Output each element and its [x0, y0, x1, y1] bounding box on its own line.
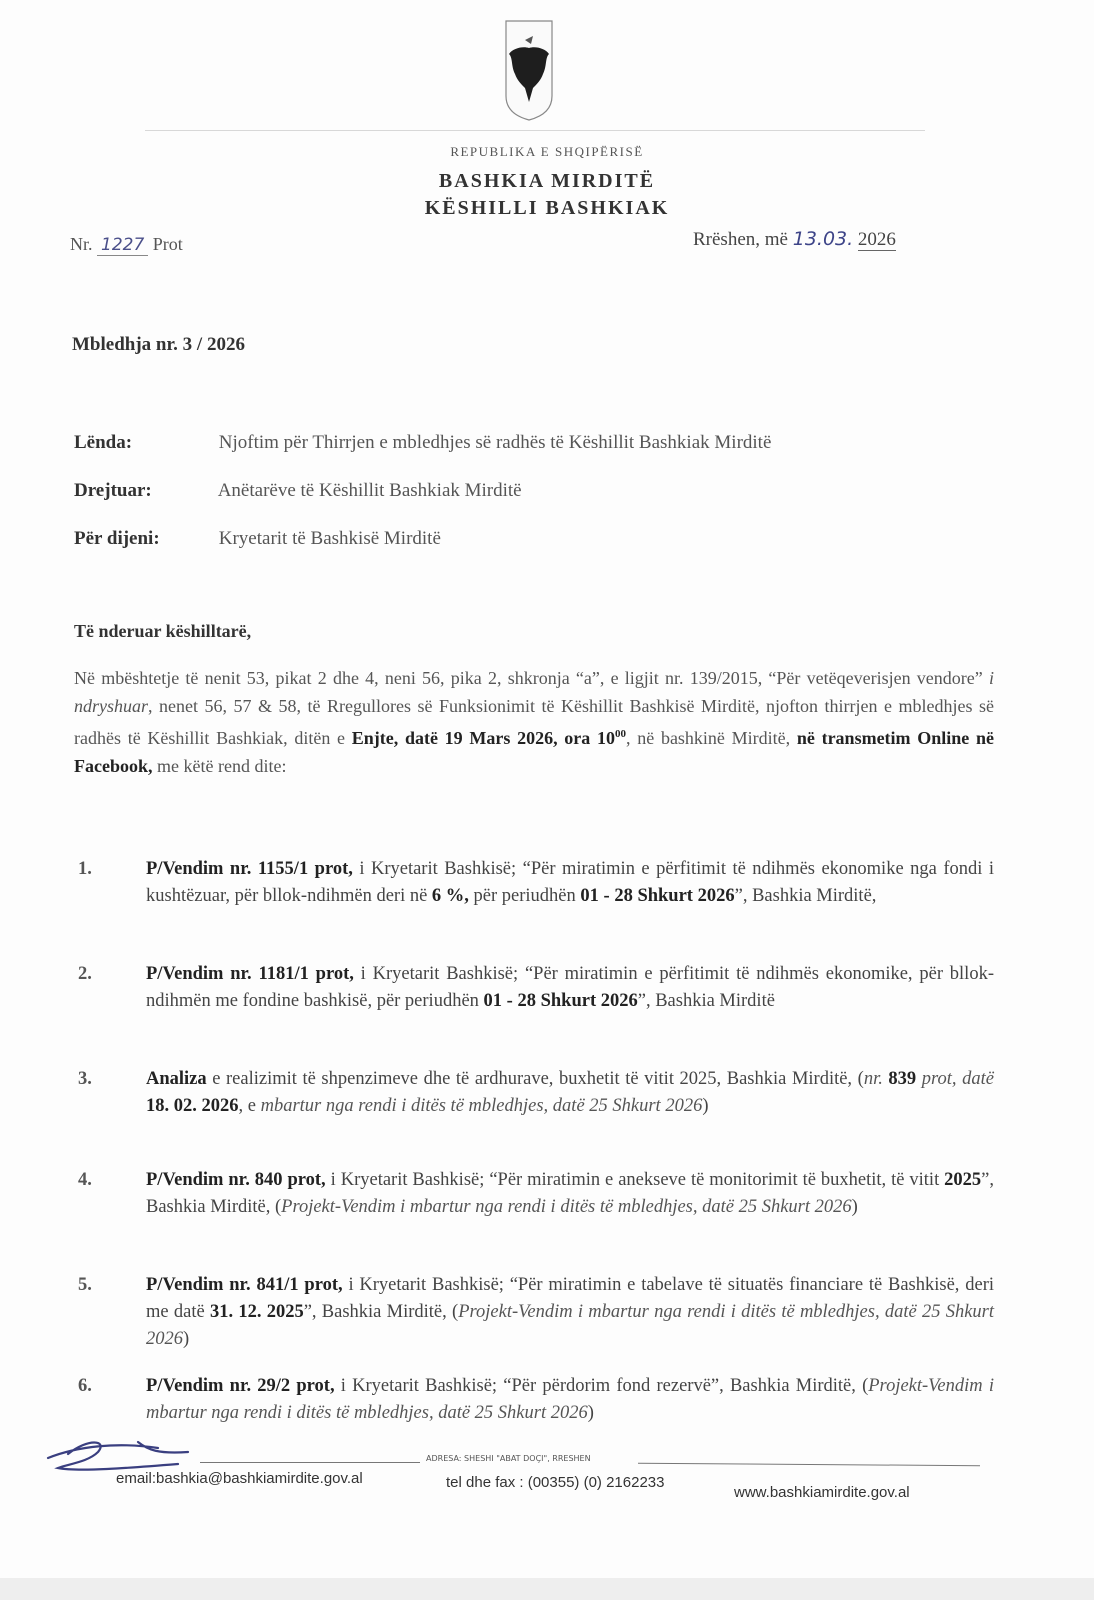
- meeting-datetime: Enjte, datë 19 Mars 2026, ora 10: [352, 728, 615, 748]
- cc-row: Për dijeni: Kryetarit të Bashkisë Mirdit…: [74, 528, 441, 550]
- subject-value: Njoftim për Thirrjen e mbledhjes së radh…: [219, 432, 772, 453]
- item-bold: 839: [883, 1069, 922, 1089]
- decision-ref: P/Vendim nr. 1155/1 prot,: [146, 859, 353, 879]
- agenda-item-5: 5. P/Vendim nr. 841/1 prot, i Kryetarit …: [78, 1272, 994, 1353]
- footer-email[interactable]: email:bashkia@bashkiamirdite.gov.al: [116, 1470, 363, 1487]
- republic-heading: REPUBLIKA E SHQIPËRISË: [0, 144, 1094, 160]
- document-page: REPUBLIKA E SHQIPËRISË BASHKIA MIRDITË K…: [0, 0, 1094, 1578]
- item-text: ): [183, 1329, 189, 1349]
- protocol-number: 1227: [97, 235, 148, 256]
- decision-ref: P/Vendim nr. 29/2 prot,: [146, 1376, 335, 1396]
- item-text: ): [852, 1197, 858, 1217]
- item-number: 6.: [78, 1373, 92, 1400]
- document-date: Rrëshen, më 13.03. 2026: [693, 228, 896, 251]
- addressed-to-row: Drejtuar: Anëtarëve të Këshillit Bashkia…: [74, 480, 522, 502]
- addressed-to-value: Anëtarëve të Këshillit Bashkiak Mirditë: [218, 480, 522, 501]
- item-italic: Projekt-Vendim i mbartur nga rendi i dit…: [281, 1197, 852, 1217]
- council-heading: KËSHILLI BASHKIAK: [0, 197, 1094, 220]
- item-bold: 18. 02. 2026: [146, 1096, 239, 1116]
- municipality-heading: BASHKIA MIRDITË: [0, 170, 1094, 193]
- item-text: ”, Bashkia Mirditë: [638, 991, 775, 1011]
- item-bold: 01 - 28 Shkurt 2026: [484, 991, 638, 1011]
- item-number: 3.: [78, 1066, 92, 1093]
- cc-label: Për dijeni:: [74, 528, 214, 550]
- agenda-item-6: 6. P/Vendim nr. 29/2 prot, i Kryetarit B…: [78, 1373, 994, 1427]
- subject-row: Lënda: Njoftim për Thirrjen e mbledhjes …: [74, 432, 771, 454]
- albanian-eagle-emblem-icon: [503, 18, 555, 122]
- protocol-reference: Nr. 1227 Prot: [70, 234, 183, 255]
- body-paragraph: Në mbështetje të nenit 53, pikat 2 dhe 4…: [74, 664, 994, 780]
- item-italic: mbartur nga rendi i ditës të mbledhjes, …: [261, 1096, 703, 1116]
- agenda-item-2: 2. P/Vendim nr. 1181/1 prot, i Kryetarit…: [78, 961, 994, 1015]
- footer-phone: tel dhe fax : (00355) (0) 2162233: [446, 1474, 664, 1491]
- para-text: me këtë rend dite:: [153, 756, 287, 776]
- item-number: 5.: [78, 1272, 92, 1299]
- header-divider: [145, 130, 925, 131]
- item-bold: 6 %,: [432, 886, 469, 906]
- addressed-to-label: Drejtuar:: [74, 480, 214, 502]
- meeting-number: Mbledhja nr. 3 / 2026: [72, 334, 245, 356]
- item-number: 4.: [78, 1167, 92, 1194]
- item-number: 1.: [78, 856, 92, 883]
- agenda-item-4: 4. P/Vendim nr. 840 prot, i Kryetarit Ba…: [78, 1167, 994, 1221]
- time-minutes: 00: [615, 728, 626, 740]
- nr-label: Nr.: [70, 234, 93, 254]
- cc-value: Kryetarit të Bashkisë Mirditë: [219, 528, 441, 549]
- item-text: ”, Bashkia Mirditë,: [735, 886, 877, 906]
- item-text: ): [702, 1096, 708, 1116]
- prot-label: Prot: [153, 234, 183, 254]
- date-year: 2026: [858, 229, 896, 251]
- item-italic: nr.: [864, 1069, 883, 1089]
- item-text: i Kryetarit Bashkisë; “Për përdorim fond…: [335, 1376, 869, 1396]
- salutation: Të nderuar këshilltarë,: [74, 621, 251, 642]
- item-bold: 2025: [944, 1170, 981, 1190]
- item-text: ): [588, 1403, 594, 1423]
- decision-ref: Analiza: [146, 1069, 207, 1089]
- item-text: ”, Bashkia Mirditë, (: [304, 1302, 458, 1322]
- item-text: e realizimit të shpenzimeve dhe të ardhu…: [207, 1069, 864, 1089]
- item-text: , e: [239, 1096, 261, 1116]
- subject-label: Lënda:: [74, 432, 214, 454]
- address-line: ADRESA: SHESHI "ABAT DOÇI", RRESHEN: [200, 1454, 980, 1468]
- footer-website-link[interactable]: www.bashkiamirdite.gov.al: [734, 1484, 910, 1501]
- para-text: , në bashkinë Mirditë,: [626, 728, 797, 748]
- item-bold: 01 - 28 Shkurt 2026: [580, 886, 734, 906]
- decision-ref: P/Vendim nr. 1181/1 prot,: [146, 964, 354, 984]
- footer-address: ADRESA: SHESHI "ABAT DOÇI", RRESHEN: [426, 1454, 591, 1463]
- decision-ref: P/Vendim nr. 841/1 prot,: [146, 1275, 343, 1295]
- agenda-item-3: 3. Analiza e realizimit të shpenzimeve d…: [78, 1066, 994, 1120]
- handwritten-date: 13.03.: [793, 228, 853, 250]
- item-number: 2.: [78, 961, 92, 988]
- decision-ref: P/Vendim nr. 840 prot,: [146, 1170, 326, 1190]
- para-text: Në mbështetje të nenit 53, pikat 2 dhe 4…: [74, 668, 989, 688]
- item-text: i Kryetarit Bashkisë; “Për miratimin e a…: [326, 1170, 944, 1190]
- item-bold: 31. 12. 2025: [210, 1302, 304, 1322]
- place-label: Rrëshen, më: [693, 229, 788, 250]
- agenda-item-1: 1. P/Vendim nr. 1155/1 prot, i Kryetarit…: [78, 856, 994, 910]
- item-text: për periudhën: [469, 886, 580, 906]
- item-italic: prot, datë: [922, 1069, 994, 1089]
